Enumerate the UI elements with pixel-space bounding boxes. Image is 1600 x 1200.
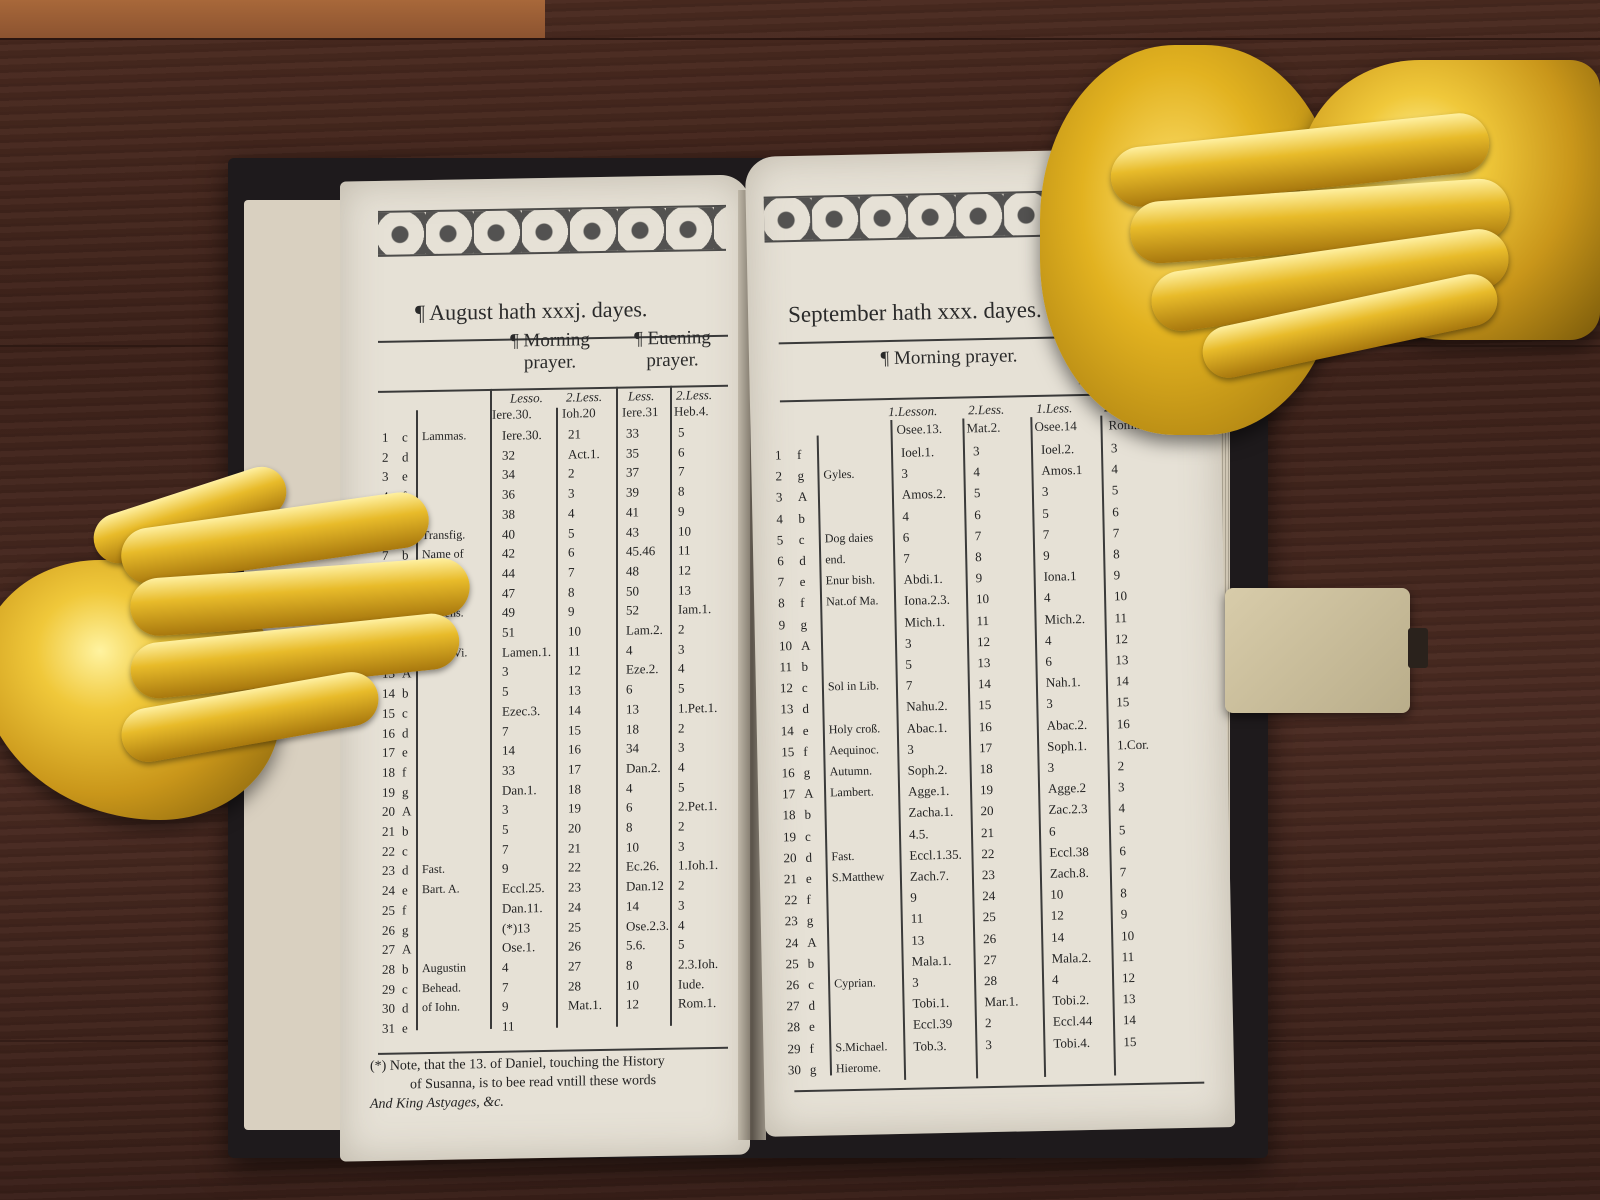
lesson-start: Iere.31 <box>622 404 658 421</box>
cell-m2: 7 <box>568 563 575 580</box>
cell-d: 13 <box>780 701 793 718</box>
cell-d: 17 <box>782 785 795 802</box>
cell-e1: 7 <box>1043 526 1050 543</box>
cell-m2: 24 <box>982 887 995 904</box>
cell-m1: 4 <box>902 507 909 524</box>
cell-d: 3 <box>776 489 783 506</box>
cell-m1: Dan.1. <box>502 781 537 799</box>
cell-e2: 3 <box>678 739 685 756</box>
cell-feast: end. <box>825 551 846 568</box>
cell-d: 17 <box>382 744 395 761</box>
cell-m1: 13 <box>911 931 924 948</box>
cell-d: 23 <box>382 862 395 879</box>
clasp-pin <box>1408 628 1428 668</box>
cell-m1: Eccl.39 <box>913 1015 953 1033</box>
cell-m2: 3 <box>985 1036 992 1053</box>
cell-d: 29 <box>382 980 395 997</box>
cell-m1: Ose.1. <box>502 938 535 956</box>
cell-e1: Amos.1 <box>1041 461 1082 479</box>
cell-m2: 8 <box>568 583 575 600</box>
cell-e1: Mich.2. <box>1044 610 1085 628</box>
cell-m1: Nahu.2. <box>906 697 948 715</box>
cell-e1: 41 <box>626 503 639 520</box>
cell-m2: 4 <box>973 463 980 480</box>
cell-m2: 6 <box>974 506 981 523</box>
column-rule <box>670 386 672 1026</box>
cell-e1: 3 <box>1046 695 1053 712</box>
cell-d: 11 <box>779 658 792 675</box>
cell-e1: 14 <box>1051 928 1064 945</box>
cell-d: 14 <box>382 685 395 702</box>
cell-e2: 9 <box>1121 906 1128 923</box>
cell-l: f <box>797 446 802 463</box>
cell-e2: 13 <box>1122 990 1135 1007</box>
cell-m2: 16 <box>979 718 992 735</box>
cell-feast: Lambert. <box>830 784 874 802</box>
cell-e2: Iude. <box>678 975 704 992</box>
cell-e2: 3 <box>1111 439 1118 456</box>
cell-d: 18 <box>382 764 395 781</box>
cell-l: g <box>804 764 811 781</box>
cell-d: 15 <box>781 743 794 760</box>
cell-m1: Mala.1. <box>911 952 951 970</box>
cell-m2: 18 <box>979 760 992 777</box>
cell-m2: Act.1. <box>568 445 600 463</box>
cell-l: A <box>798 488 808 505</box>
cell-d: 15 <box>382 704 395 721</box>
cell-d: 16 <box>382 724 395 741</box>
cell-m2: 26 <box>983 930 996 947</box>
cell-e2: 2.Pet.1. <box>678 797 717 815</box>
cell-e1: 4 <box>626 779 633 796</box>
cell-m2: 3 <box>568 485 575 502</box>
cell-l: f <box>800 594 805 611</box>
cell-m1: Amos.2. <box>902 485 946 503</box>
cell-m2: 6 <box>568 544 575 561</box>
cell-e2: 9 <box>678 502 685 519</box>
cell-d: 21 <box>784 870 797 887</box>
cell-e2: 3 <box>678 837 685 854</box>
cell-feast: Transfig. <box>422 526 465 544</box>
cell-m1: Iona.2.3. <box>904 591 950 609</box>
cell-l: c <box>402 842 408 859</box>
cell-e2: 13 <box>678 581 691 598</box>
cell-d: 6 <box>777 552 784 569</box>
cell-e2: 7 <box>1120 863 1127 880</box>
cell-m1: Abac.1. <box>907 719 948 737</box>
cell-e1: 39 <box>626 483 639 500</box>
cell-d: 24 <box>382 882 395 899</box>
cell-d: 19 <box>382 783 395 800</box>
cell-m1: 7 <box>502 978 509 995</box>
cell-m1: Ezec.3. <box>502 702 540 720</box>
cell-e2: 8 <box>1113 545 1120 562</box>
cell-e1: 14 <box>626 897 639 914</box>
cell-l: b <box>801 658 808 675</box>
cell-m2: 11 <box>568 642 581 659</box>
cell-e2: 3 <box>678 896 685 913</box>
cell-d: 25 <box>786 955 799 972</box>
cell-m2: 28 <box>984 972 997 989</box>
cell-m1: Agge.1. <box>908 782 950 800</box>
cell-e2: 5 <box>678 936 685 953</box>
cell-e2: 2 <box>678 621 685 638</box>
cell-m1: 47 <box>502 584 515 601</box>
lesson-start: Heb.4. <box>674 403 709 420</box>
cell-l: f <box>402 763 406 780</box>
cell-l: d <box>402 862 409 879</box>
cell-e1: 4 <box>626 641 633 658</box>
cell-e2: 11 <box>678 542 691 559</box>
cell-l: e <box>402 744 408 761</box>
cell-l: g <box>402 783 409 800</box>
cell-e2: 1.Cor. <box>1117 735 1149 753</box>
cell-e1: 10 <box>626 976 639 993</box>
cell-e2: 2 <box>1117 757 1124 774</box>
column-rule <box>490 389 492 1029</box>
cell-m2: Mat.1. <box>568 996 602 1014</box>
cell-m1: 9 <box>910 889 917 906</box>
cell-m1: Abdi.1. <box>903 570 942 588</box>
cell-e1: 12 <box>1051 907 1064 924</box>
cell-l: c <box>402 980 408 997</box>
cell-e2: 11 <box>1114 609 1127 626</box>
cell-m1: 3 <box>502 663 509 680</box>
cell-d: 28 <box>787 1018 800 1035</box>
wood-seam <box>0 38 1600 40</box>
cell-l: f <box>402 901 406 918</box>
cell-m2: 10 <box>568 622 581 639</box>
cell-l: A <box>402 941 411 958</box>
cell-e2: 5 <box>1112 482 1119 499</box>
footnote-susanna: (*) Note, that the 13. of Daniel, touchi… <box>370 1050 750 1114</box>
cell-e2: 4 <box>1111 460 1118 477</box>
column-rule <box>556 408 558 1028</box>
cell-e1: 33 <box>626 424 639 441</box>
cell-e2: 14 <box>1116 672 1129 689</box>
cell-feast: Holy croß. <box>829 720 881 738</box>
cell-e1: 6 <box>626 799 633 816</box>
cell-l: g <box>810 1061 817 1078</box>
cell-e2: 4 <box>678 916 685 933</box>
cell-feast: Behead. <box>422 979 461 997</box>
cell-e1: 9 <box>1043 547 1050 564</box>
cell-m1: Dan.11. <box>502 899 543 917</box>
cell-e2: 14 <box>1123 1011 1136 1028</box>
cell-d: 30 <box>788 1061 801 1078</box>
cell-l: d <box>808 997 815 1014</box>
cell-e2: 5 <box>678 424 685 441</box>
cell-e2: 5 <box>678 778 685 795</box>
cell-e1: 48 <box>626 562 639 579</box>
cell-m2: Mar.1. <box>984 993 1018 1011</box>
cell-m2: 15 <box>978 696 991 713</box>
cell-m1: 3 <box>907 740 914 757</box>
cell-l: d <box>805 849 812 866</box>
cell-l: f <box>803 743 808 760</box>
ornament-band-icon <box>378 205 726 257</box>
cell-d: 20 <box>783 849 796 866</box>
cell-d: 10 <box>779 637 792 654</box>
cell-m2: 21 <box>568 425 581 442</box>
cell-m2: 18 <box>568 780 581 797</box>
cell-m1: 51 <box>502 624 515 641</box>
cell-l: d <box>802 700 809 717</box>
cell-e1: Eze.2. <box>626 660 658 678</box>
cell-e2: Iam.1. <box>678 600 711 618</box>
cell-l: d <box>402 1000 409 1017</box>
cell-e2: 6 <box>1112 503 1119 520</box>
cell-l: c <box>799 531 805 548</box>
cell-m2: 25 <box>568 918 581 935</box>
cell-l: b <box>798 509 805 526</box>
cell-e1: Zach.8. <box>1050 864 1089 882</box>
cell-e1: 8 <box>626 818 633 835</box>
cell-e1: 10 <box>626 838 639 855</box>
cell-m2: 20 <box>568 819 581 836</box>
cell-e1: 35 <box>626 444 639 461</box>
cell-e1: 6 <box>626 681 633 698</box>
cell-e1: 8 <box>626 956 633 973</box>
cell-d: 16 <box>782 764 795 781</box>
cell-l: d <box>799 552 806 569</box>
cell-d: 30 <box>382 1000 395 1017</box>
cell-l: b <box>804 806 811 823</box>
cell-d: 26 <box>786 976 799 993</box>
cell-d: 14 <box>781 722 794 739</box>
cell-l: b <box>402 684 409 701</box>
col-head: 2.Less. <box>566 389 602 406</box>
cell-d: 12 <box>780 679 793 696</box>
cell-d: 2 <box>775 468 782 485</box>
cell-m2: 17 <box>979 739 992 756</box>
book-clasp <box>1225 588 1410 713</box>
cell-m1: Iere.30. <box>502 426 542 444</box>
cell-m2: 27 <box>568 957 581 974</box>
cell-e2: 15 <box>1123 1033 1136 1050</box>
cell-m2: 9 <box>975 569 982 586</box>
cell-e2: 8 <box>678 483 685 500</box>
cell-feast: Lammas. <box>422 427 466 445</box>
cell-e2: 7 <box>678 463 685 480</box>
cell-l: d <box>402 724 409 741</box>
cell-feast: Gyles. <box>823 466 854 484</box>
cell-m2: 28 <box>568 977 581 994</box>
cell-m1: 5 <box>905 656 912 673</box>
cell-e1: Eccl.38 <box>1049 843 1089 861</box>
lesson-start: Mat.2. <box>966 420 1000 437</box>
cell-d: 1 <box>775 446 782 463</box>
cell-e2: 11 <box>1121 948 1134 965</box>
cell-m1: Eccl.25. <box>502 879 545 897</box>
cell-l: d <box>402 448 409 465</box>
cell-e2: 10 <box>1114 588 1127 605</box>
cell-m1: 14 <box>502 742 515 759</box>
lesson-start: Iere.30. <box>492 406 532 423</box>
page-title-august: ¶ August hath xxxj. dayes. <box>415 296 647 326</box>
cell-m2: 10 <box>976 590 989 607</box>
cell-d: 26 <box>382 921 395 938</box>
cell-m2: 23 <box>982 866 995 883</box>
cell-d: 7 <box>778 573 785 590</box>
cell-m2: 3 <box>973 442 980 459</box>
cell-m2: 24 <box>568 898 581 915</box>
cell-feast: S.Matthew <box>832 868 885 886</box>
cell-m2: 16 <box>568 741 581 758</box>
cell-l: c <box>802 679 808 696</box>
cell-e1: 4 <box>1052 971 1059 988</box>
cell-m2: 26 <box>568 938 581 955</box>
cell-e1: 37 <box>626 464 639 481</box>
col-head: 2.Less. <box>676 387 712 404</box>
cell-d: 3 <box>382 468 389 485</box>
lesson-start: Osee.13. <box>896 421 942 438</box>
cell-m1: 11 <box>502 1018 515 1035</box>
cell-m2: 14 <box>568 701 581 718</box>
col-head: 1.Less. <box>1036 400 1072 417</box>
cell-e1: Tobi.4. <box>1053 1034 1090 1052</box>
evening-prayer-label: ¶ Euening prayer. <box>620 327 725 373</box>
cell-m1: 7 <box>906 677 913 694</box>
cell-feast: Aequinoc. <box>829 741 879 759</box>
cell-m2: 23 <box>568 878 581 895</box>
cell-d: 27 <box>382 941 395 958</box>
cell-e1: Dan.2. <box>626 759 661 777</box>
cell-m2: 19 <box>980 781 993 798</box>
cell-e1: Tobi.2. <box>1052 991 1089 1009</box>
cell-m1: 11 <box>911 910 924 927</box>
cell-e2: 6 <box>678 443 685 460</box>
cell-e1: 3 <box>1042 483 1049 500</box>
cell-l: g <box>797 467 804 484</box>
cell-e2: 8 <box>1120 884 1127 901</box>
cell-e2: 2.3.Ioh. <box>678 955 718 973</box>
cell-d: 5 <box>777 531 784 548</box>
morning-prayer-label: ¶ Morning prayer. <box>490 329 610 375</box>
cell-e2: 15 <box>1116 693 1129 710</box>
cell-e1: 6 <box>1049 822 1056 839</box>
cell-l: e <box>809 1018 815 1035</box>
cell-m2: 13 <box>977 654 990 671</box>
cell-m1: 44 <box>502 564 515 581</box>
cell-d: 22 <box>784 891 797 908</box>
cell-e2: 7 <box>1113 524 1120 541</box>
cell-l: e <box>800 573 806 590</box>
lesson-start: Osee.14 <box>1034 418 1077 435</box>
cell-m2: 21 <box>568 839 581 856</box>
cell-m2: 11 <box>976 612 989 629</box>
cell-l: f <box>806 891 811 908</box>
cell-e1: 34 <box>626 740 639 757</box>
cell-m1: Eccl.1.35. <box>909 845 962 863</box>
col-head: Lesso. <box>510 390 543 407</box>
cell-m1: Tob.3. <box>913 1037 946 1055</box>
cell-e1: 3 <box>1047 759 1054 776</box>
cell-e2: 5 <box>1119 821 1126 838</box>
cell-l: A <box>807 933 817 950</box>
cell-d: 23 <box>785 912 798 929</box>
cell-d: 4 <box>776 510 783 527</box>
cell-e1: Nah.1. <box>1046 673 1081 691</box>
cell-d: 25 <box>382 901 395 918</box>
cell-m1: Mich.1. <box>904 613 945 631</box>
cell-m1: (*)13 <box>502 919 530 936</box>
cell-e1: Ec.26. <box>626 857 659 875</box>
cell-e1: Iona.1 <box>1043 567 1076 585</box>
cell-e2: 12 <box>1115 630 1128 647</box>
cell-l: g <box>800 615 807 632</box>
cell-d: 28 <box>382 961 395 978</box>
cell-l: g <box>807 912 814 929</box>
cell-e2: 2 <box>678 877 685 894</box>
cell-l: e <box>402 881 408 898</box>
cell-l: c <box>805 827 811 844</box>
cell-l: e <box>402 468 408 485</box>
cell-e2: 3 <box>678 640 685 657</box>
cell-d: 29 <box>787 1040 800 1057</box>
cell-m1: 32 <box>502 446 515 463</box>
cell-e2: 12 <box>1122 969 1135 986</box>
cell-e2: 1.Ioh.1. <box>678 856 718 874</box>
cell-m1: 7 <box>502 840 509 857</box>
cell-m1: 33 <box>502 761 515 778</box>
cell-e1: 5 <box>1042 504 1049 521</box>
cell-e2: 4 <box>678 660 685 677</box>
cell-m1: Zach.7. <box>910 867 949 885</box>
cell-l: c <box>808 976 814 993</box>
cell-l: b <box>402 822 409 839</box>
cell-e2: 2 <box>678 719 685 736</box>
cell-m1: 7 <box>502 722 509 739</box>
cell-e1: Dan.12 <box>626 877 664 895</box>
cell-m1: 4 <box>502 959 509 976</box>
cell-e1: Zac.2.3 <box>1048 800 1087 818</box>
cell-m1: 6 <box>903 528 910 545</box>
cell-m2: 13 <box>568 681 581 698</box>
cell-e1: 6 <box>1045 653 1052 670</box>
cell-d: 19 <box>783 828 796 845</box>
cell-e2: 1.Pet.1. <box>678 699 717 717</box>
cell-m2: 9 <box>568 603 575 620</box>
cell-e2: 5 <box>678 680 685 697</box>
cell-feast: Sol in Lib. <box>828 678 879 696</box>
cell-e1: 4 <box>1045 632 1052 649</box>
cell-m2: 19 <box>568 800 581 817</box>
cell-e1: 4 <box>1044 589 1051 606</box>
cell-m1: Tobi.1. <box>912 994 949 1012</box>
cell-e1: 50 <box>626 582 639 599</box>
cell-m1: 36 <box>502 486 515 503</box>
cell-l: b <box>402 960 409 977</box>
cell-e1: Lam.2. <box>626 621 663 639</box>
cell-e1: Eccl.44 <box>1053 1012 1093 1030</box>
cell-e2: 2 <box>678 818 685 835</box>
cell-m2: 5 <box>568 524 575 541</box>
cell-e1: 13 <box>626 700 639 717</box>
cell-m2: 7 <box>975 527 982 544</box>
cell-m1: Zacha.1. <box>908 803 953 821</box>
cell-m2: 4 <box>568 504 575 521</box>
cell-feast: Autumn. <box>830 763 873 781</box>
cell-l: A <box>804 785 814 802</box>
cell-m1: 3 <box>502 801 509 818</box>
cell-e2: 13 <box>1115 651 1128 668</box>
lesson-start: Ioh.20 <box>562 405 596 422</box>
cell-e2: 10 <box>1121 927 1134 944</box>
cell-m1: 7 <box>903 550 910 567</box>
cell-m2: 12 <box>977 633 990 650</box>
cell-feast: S.Michael. <box>835 1038 887 1056</box>
